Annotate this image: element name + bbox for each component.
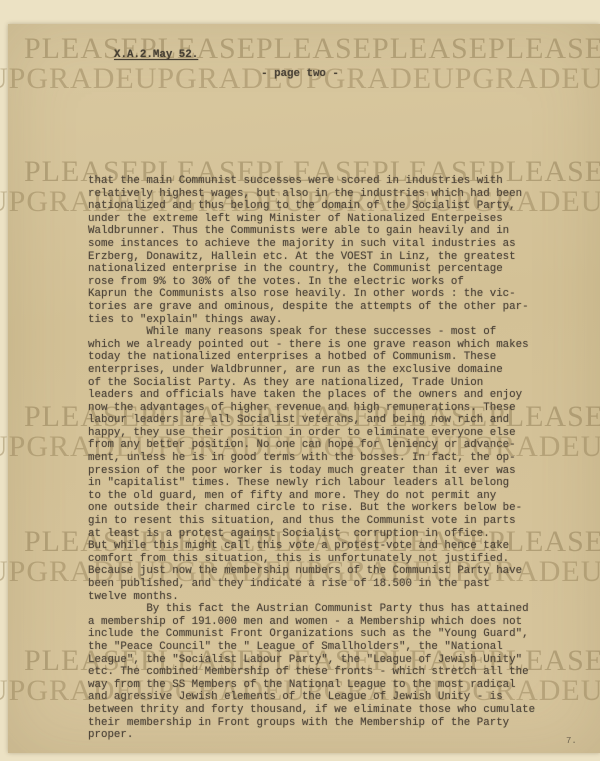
text-line: the "Peace Council" the " League of Smal… bbox=[88, 641, 535, 654]
text-line: one outside their charmed circle to rise… bbox=[88, 502, 535, 515]
text-line: in "capitalist" times. These newly rich … bbox=[88, 477, 535, 490]
text-line: which we already pointed out - there is … bbox=[88, 339, 535, 352]
text-line: under the extreme left wing Minister of … bbox=[88, 213, 535, 226]
text-line: a membership of 191.000 men and women - … bbox=[88, 616, 535, 629]
text-line: pression of the poor worker is today muc… bbox=[88, 465, 535, 478]
text-line: gin to resent this situation, and thus t… bbox=[88, 515, 535, 528]
page-number-label: - page two - bbox=[0, 68, 600, 80]
text-line: been published, and they indicate a rise… bbox=[88, 578, 535, 591]
text-line: some instances to achieve the majority i… bbox=[88, 238, 535, 251]
text-line: But while this might call this vote a pr… bbox=[88, 540, 535, 553]
text-line: etc. The combined Membership of these fr… bbox=[88, 666, 535, 679]
text-line: rose from 9% to 30% of the votes. In the… bbox=[88, 276, 535, 289]
text-line: twelve months. bbox=[88, 591, 535, 604]
text-line: relatively highest wages, but also in th… bbox=[88, 188, 535, 201]
scan-background: PLEASEPLEASEPLEASEPLEASEPLEASEUPGRADEUPG… bbox=[0, 0, 600, 761]
text-line: labour leaders are all Socialist veteran… bbox=[88, 414, 535, 427]
text-line: tories are grave and ominous, despite th… bbox=[88, 301, 535, 314]
text-line: Because just now the membership numbers … bbox=[88, 565, 535, 578]
text-line: nationalized and thus belong to the doma… bbox=[88, 200, 535, 213]
text-line: ment, unless he is in good terms with th… bbox=[88, 452, 535, 465]
corner-page-mark: 7. bbox=[566, 736, 577, 746]
text-line: proper. bbox=[88, 729, 535, 742]
text-line: League", the "Socialist Labour Party", t… bbox=[88, 654, 535, 667]
text-line: from any better position. No one can hop… bbox=[88, 439, 535, 452]
document-reference: X.A.2.May 52. bbox=[114, 49, 198, 61]
text-line: that the main Communist successes were s… bbox=[88, 175, 535, 188]
text-line: happy, they use their position in order … bbox=[88, 427, 535, 440]
text-line: Erzberg, Donawitz, Hallein etc. At the V… bbox=[88, 251, 535, 264]
text-line: at least is a protest against Socialist … bbox=[88, 528, 535, 541]
text-line: now the advantages of higher revenue and… bbox=[88, 402, 535, 415]
document-body: that the main Communist successes were s… bbox=[88, 175, 535, 742]
text-line: While many reasons speak for these succe… bbox=[88, 326, 535, 339]
text-line: between thrity and forty thousand, if we… bbox=[88, 704, 535, 717]
text-line: way from the SS Members of the National … bbox=[88, 679, 535, 692]
text-line: ties to "explain" things away. bbox=[88, 314, 535, 327]
text-line: of the Socialist Party. As they are nati… bbox=[88, 377, 535, 390]
text-line: comfort from this situation, this is unf… bbox=[88, 553, 535, 566]
text-line: today the nationalized enterprises a hot… bbox=[88, 351, 535, 364]
text-line: enterprises, under Waldbrunner, are run … bbox=[88, 364, 535, 377]
document-content: X.A.2.May 52. - page two - that the main… bbox=[0, 0, 600, 761]
text-line: By this fact the Austrian Communist Part… bbox=[88, 603, 535, 616]
text-line: to the old guard, men of fifty and more.… bbox=[88, 490, 535, 503]
text-line: and agressive Jewish elements of the Lea… bbox=[88, 691, 535, 704]
text-line: Kaprun the Communists also rose heavily.… bbox=[88, 288, 535, 301]
text-line: their membership in Front groups with th… bbox=[88, 717, 535, 730]
text-line: nationalized enterprise in the country, … bbox=[88, 263, 535, 276]
text-line: leaders and officials have taken the pla… bbox=[88, 389, 535, 402]
text-line: include the Communist Front Organization… bbox=[88, 628, 535, 641]
text-line: Waldbrunner. Thus the Communists were ab… bbox=[88, 225, 535, 238]
